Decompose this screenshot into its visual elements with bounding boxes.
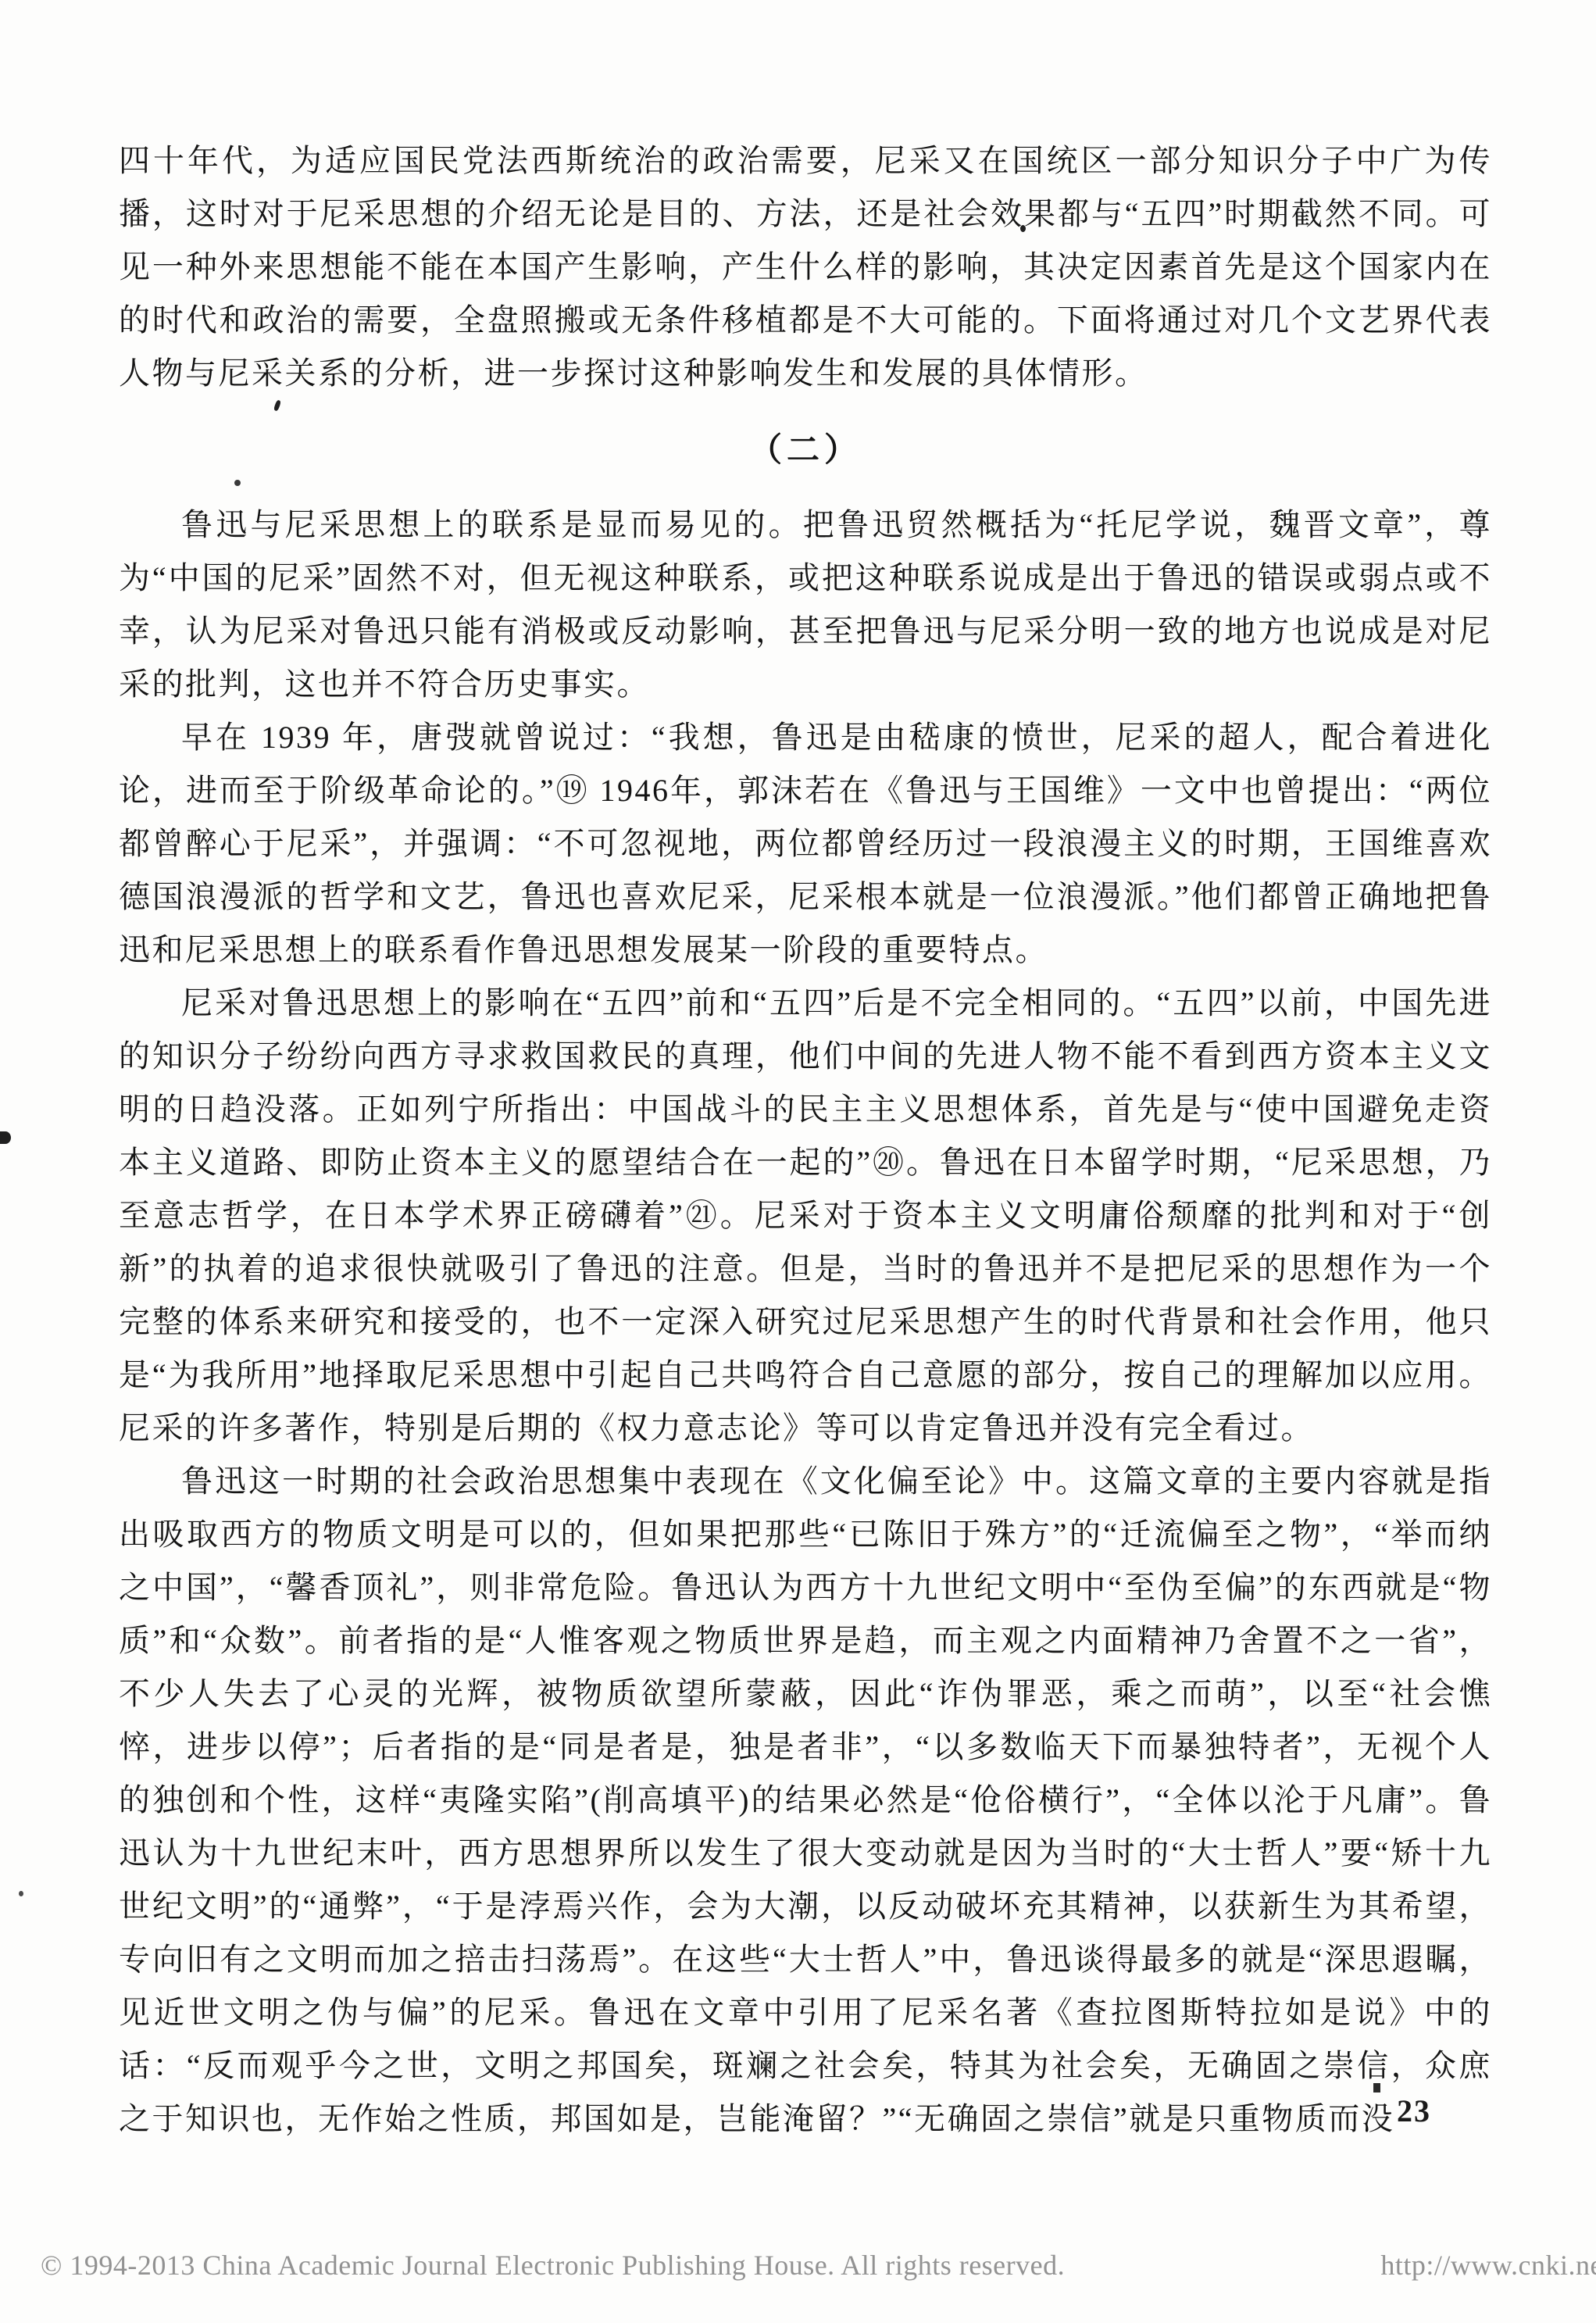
scan-artifact xyxy=(0,1131,11,1144)
scan-artifact xyxy=(1020,225,1026,232)
journal-page: 四十年代，为适应国民党法西斯统治的政治需要，尼采又在国统区一部分知识分子中广为传… xyxy=(0,0,1596,2323)
paragraph: 鲁迅这一时期的社会政治思想集中表现在《文化偏至论》中。这篇文章的主要内容就是指出… xyxy=(119,1455,1492,2146)
scan-artifact xyxy=(19,1891,23,1896)
paragraph: 尼采对鲁迅思想上的影响在“五四”前和“五四”后是不完全相同的。“五四”以前，中国… xyxy=(119,977,1492,1455)
footer-url: http://www.cnki.ne xyxy=(1380,2249,1596,2282)
section-heading: （二） xyxy=(119,424,1492,478)
paragraph-continuation: 四十年代，为适应国民党法西斯统治的政治需要，尼采又在国统区一部分知识分子中广为传… xyxy=(119,134,1492,400)
scan-artifact xyxy=(234,480,241,486)
paragraph: 早在 1939 年，唐弢就曾说过：“我想，鲁迅是由嵇康的愤世，尼采的超人，配合着… xyxy=(119,711,1492,977)
paragraph: 鲁迅与尼采思想上的联系是显而易见的。把鲁迅贸然概括为“托尼学说，魏晋文章”，尊为… xyxy=(119,499,1492,711)
copyright-text: © 1994-2013 China Academic Journal Elect… xyxy=(41,2249,1065,2282)
page-number: 23 xyxy=(1397,2092,1431,2129)
scan-artifact xyxy=(1373,2083,1380,2092)
watermark-footer: © 1994-2013 China Academic Journal Elect… xyxy=(41,2249,1596,2282)
article-body: 四十年代，为适应国民党法西斯统治的政治需要，尼采又在国统区一部分知识分子中广为传… xyxy=(119,134,1492,2146)
